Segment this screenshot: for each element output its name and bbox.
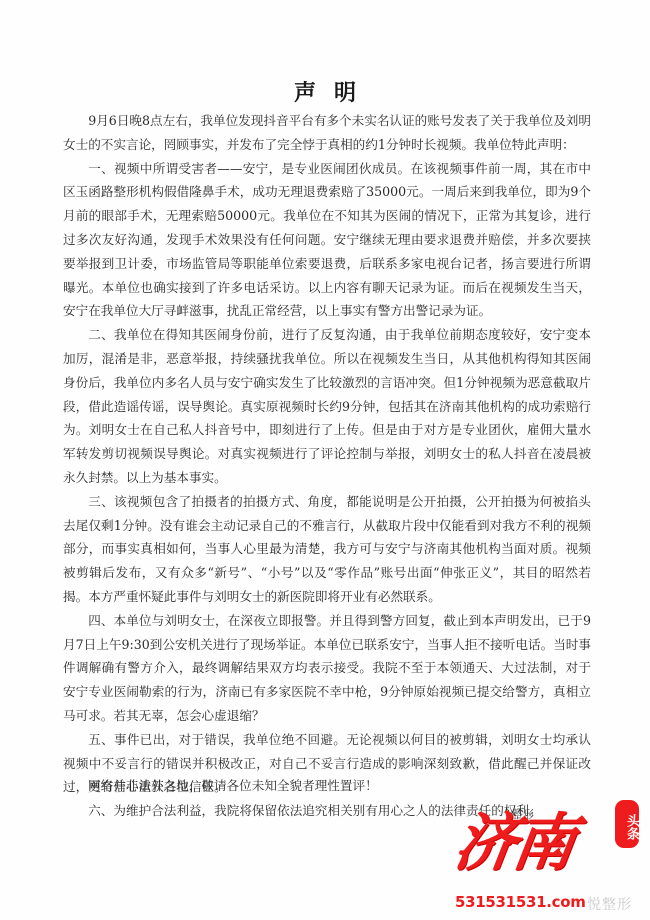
point-2-paragraph: 二、我单位在得知其医闹身份前，进行了反复沟通，由于我单位前期态度较好，安宁变本加… [63,323,591,490]
point-1-paragraph: 一、视频中所谓受害者——安宁，是专业医闹团伙成员。在该视频事件前一周，其在市中区… [63,157,591,324]
watermark-ghost-text: 悦整形 [587,894,632,914]
watermark-url: 531531531.com [455,893,586,911]
document-title: 声明 [0,76,650,107]
closing-statement: 网络并非法外之地，敬请各位未知全貌者理性置评！ [88,776,378,796]
point-4-paragraph: 四、本单位与刘明女士，在深夜立即报警。并且得到警方回复，截止到本声明发出，已于9… [63,609,591,728]
intro-paragraph: 9月6日晚8点左右，我单位发现抖音平台有多个未实名认证的账号发表了关于我单位及刘… [63,109,591,157]
watermark-logo-text: 济南 [450,808,576,878]
watermark-badge: 头条 [615,800,639,848]
document-body: 9月6日晚8点左右，我单位发现抖音平台有多个未实名认证的账号发表了关于我单位及刘… [63,109,591,823]
document-page: 声明 9月6日晚8点左右，我单位发现抖音平台有多个未实名认证的账号发表了关于我单… [0,0,650,920]
point-3-paragraph: 三、该视频包含了拍摄者的拍摄方式、角度，都能说明是公开拍摄，公开拍摄为何被掐头去… [63,490,591,609]
jinan-toutiao-watermark: 济南 头条 531531531.com 悦整形 [455,800,650,920]
